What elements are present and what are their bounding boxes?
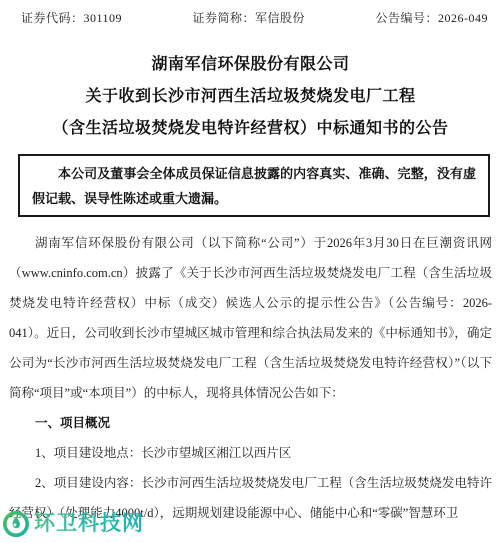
announcement-body: 湖南军信环保股份有限公司（以下简称“公司”）于2026年3月30日在巨潮资讯网（…: [9, 228, 492, 528]
watermark-site-name: 环卫科技网: [34, 510, 144, 538]
section-heading-project-overview: 一、项目概况: [9, 408, 492, 438]
stock-code: 证券代码：301109: [21, 9, 122, 26]
title-line-subject2: （含生活垃圾焚烧发电特许经营权）中标通知书的公告: [0, 113, 501, 145]
securities-header: 证券代码：301109 证券简称：军信股份 公告编号：2026-049: [0, 0, 501, 26]
announcement-number: 公告编号：2026-049: [375, 9, 488, 26]
stock-short-name: 证券简称：军信股份: [193, 9, 306, 26]
title-line-company: 湖南军信环保股份有限公司: [0, 49, 501, 81]
project-location-item: 1、项目建设地点：长沙市望城区湘江以西片区: [9, 438, 492, 468]
disclaimer-box: 本公司及董事会全体成员保证信息披露的内容真实、准确、完整，没有虚假记载、误导性陈…: [18, 154, 490, 217]
huanwei-keji-wang-logo-icon: [2, 510, 30, 538]
announcement-page: 证券代码：301109 证券简称：军信股份 公告编号：2026-049 湖南军信…: [0, 0, 501, 543]
disclaimer-text: 本公司及董事会全体成员保证信息披露的内容真实、准确、完整，没有虚假记载、误导性陈…: [32, 161, 476, 211]
title-line-subject: 关于收到长沙市河西生活垃圾焚烧发电厂工程: [0, 81, 501, 113]
intro-paragraph: 湖南军信环保股份有限公司（以下简称“公司”）于2026年3月30日在巨潮资讯网（…: [9, 228, 492, 408]
watermark: 环卫科技网: [2, 510, 144, 538]
announcement-title: 湖南军信环保股份有限公司 关于收到长沙市河西生活垃圾焚烧发电厂工程 （含生活垃圾…: [0, 49, 501, 145]
